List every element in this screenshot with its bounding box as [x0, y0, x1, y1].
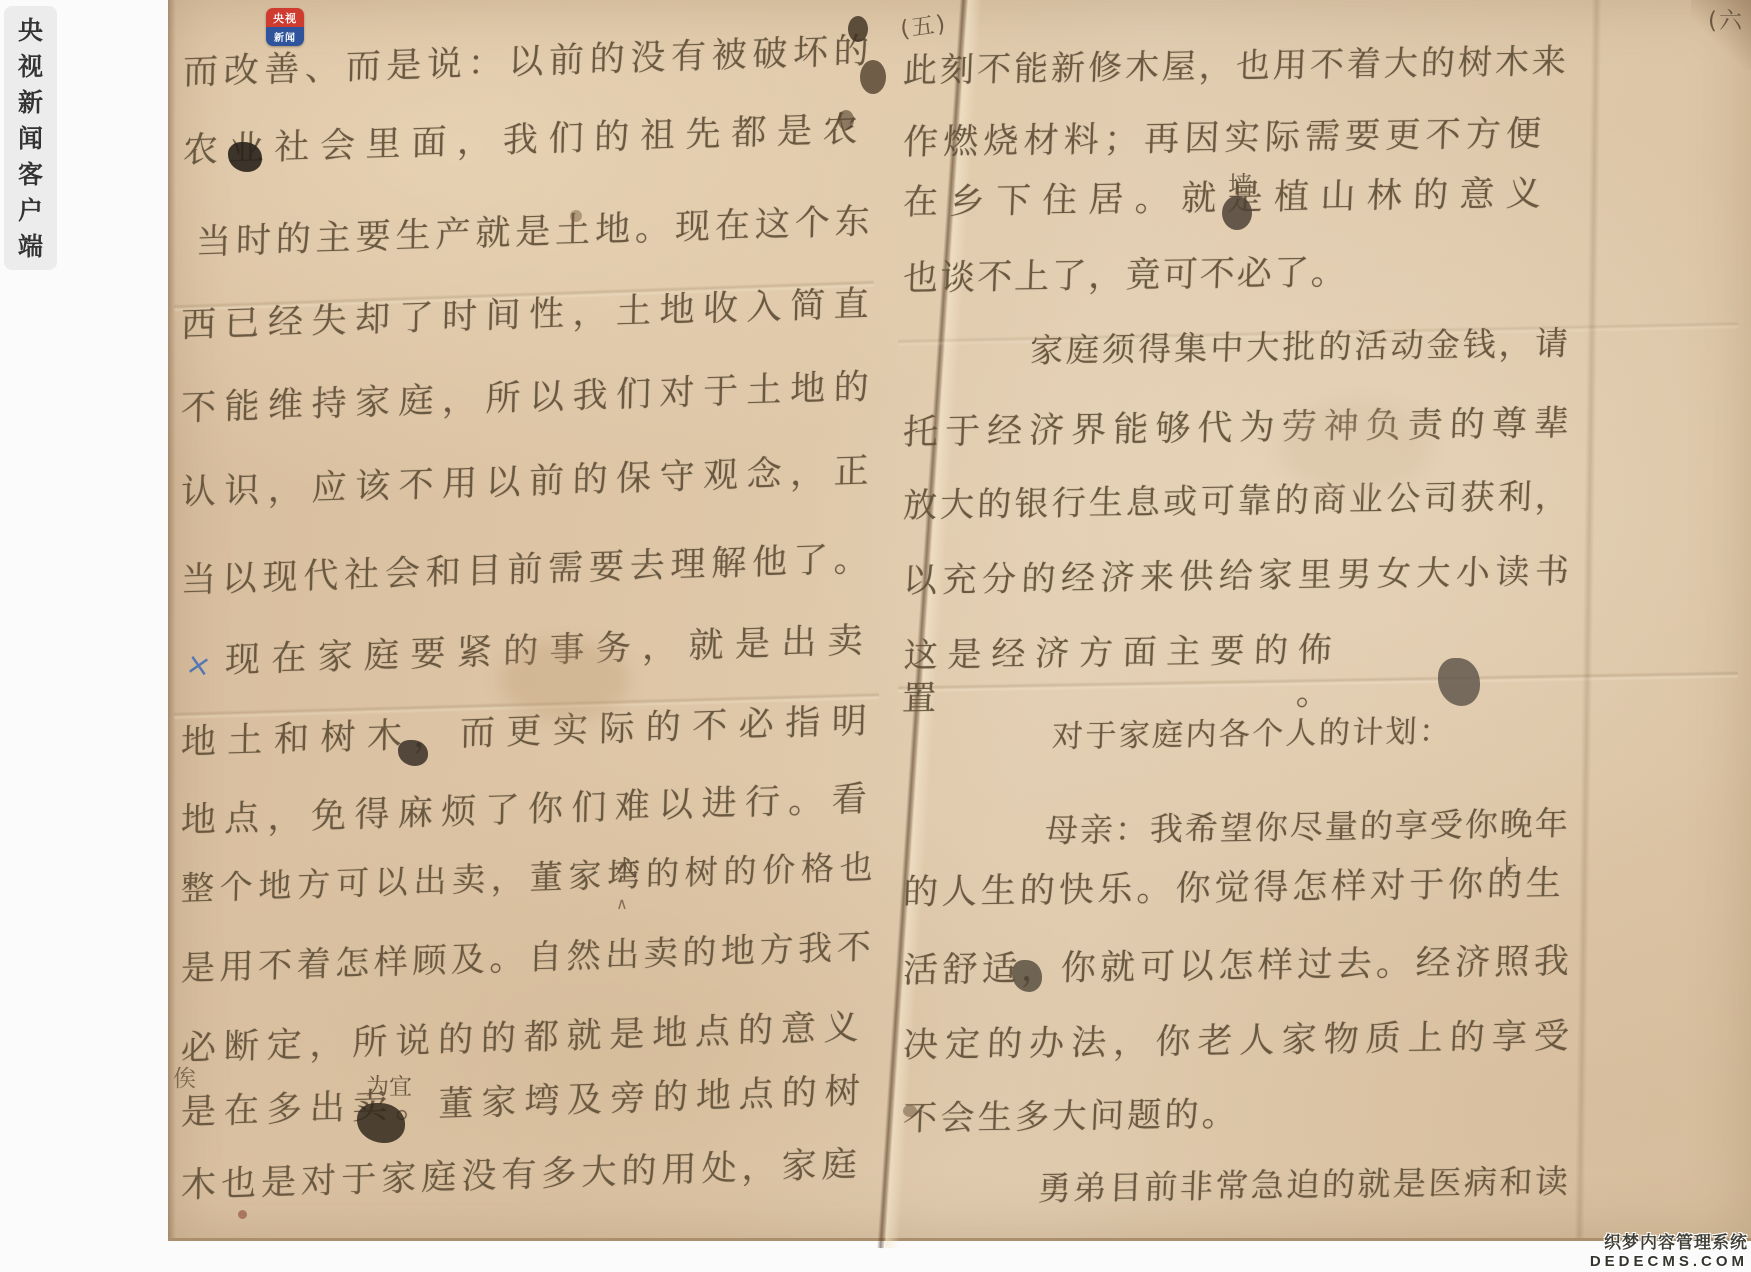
insert-caret-icon: ∧ [616, 894, 628, 913]
handwritten-line: 决定的办法，你老人家物质上的享受 [902, 1016, 1572, 1069]
inserted-char-tree: 木 [612, 850, 637, 886]
handwritten-line: 也谈不上了，竟可不必了。 [902, 252, 1349, 302]
paper-left-edge [168, 0, 176, 1238]
cctv-news-label: 央视新闻客户端 [18, 17, 43, 261]
stain [238, 1210, 247, 1219]
stain [838, 110, 854, 130]
cctv-icon-bottom-text: 新闻 [266, 27, 304, 46]
margin-note: 俟 [173, 1060, 196, 1093]
handwritten-line: 作燃烧材料；再因实际需要更不方便 [902, 113, 1544, 166]
dedecms-watermark-line1: 织梦内容管理系统 [1590, 1228, 1748, 1253]
cctv-icon-top-text: 央视 [266, 8, 304, 27]
cctv-news-label-pill: 央视新闻客户端 [4, 6, 57, 270]
stain [903, 1105, 917, 1117]
dedecms-watermark-line2: DEDECMS.COM [1590, 1253, 1748, 1270]
handwritten-line: 这是经济方面主要的佈置。 [901, 629, 1334, 720]
scanned-letter-photo: (五) 而改善、而是说：以前的没有被破坏的 农业社会里面，我们的祖先都是农 当时… [0, 0, 1751, 1272]
handwritten-line: 不会生多大问题的。 [902, 1093, 1239, 1140]
stain [848, 16, 868, 42]
handwritten-line: 对于家庭内各个人的计划： [1051, 712, 1452, 756]
handwritten-line: 家庭须得集中大批的活动金钱，请 [1029, 322, 1571, 371]
handwritten-line: 的人生的快乐。你觉得怎样对于你的生 [902, 863, 1564, 916]
handwritten-line: 活舒适，你就可以怎样过去。经济照我 [902, 941, 1572, 994]
inserted-char-up: 上 [1496, 850, 1519, 883]
page-number-left: (五) [898, 5, 949, 44]
dedecms-watermark: 织梦内容管理系统 DEDECMS.COM [1590, 1228, 1748, 1270]
ink-blot [1222, 196, 1252, 230]
handwritten-line: 托于经济界能够代为劳神负责的尊辈 [902, 403, 1572, 456]
stain [860, 60, 886, 94]
page-number-right: (六 [1708, 2, 1744, 35]
stain [1280, 400, 1430, 495]
handwritten-line: 母亲：我希望你尽量的享受你晚年 [1044, 803, 1571, 852]
handwritten-line: 勇弟目前非常急迫的就是医病和读 [1037, 1161, 1571, 1210]
stain [500, 640, 630, 720]
stain [570, 210, 582, 222]
correction-note: 为宜 [366, 1068, 412, 1101]
paper-crease [1574, 0, 1601, 1238]
cctv-news-app-icon: 央视 新闻 [266, 8, 304, 46]
